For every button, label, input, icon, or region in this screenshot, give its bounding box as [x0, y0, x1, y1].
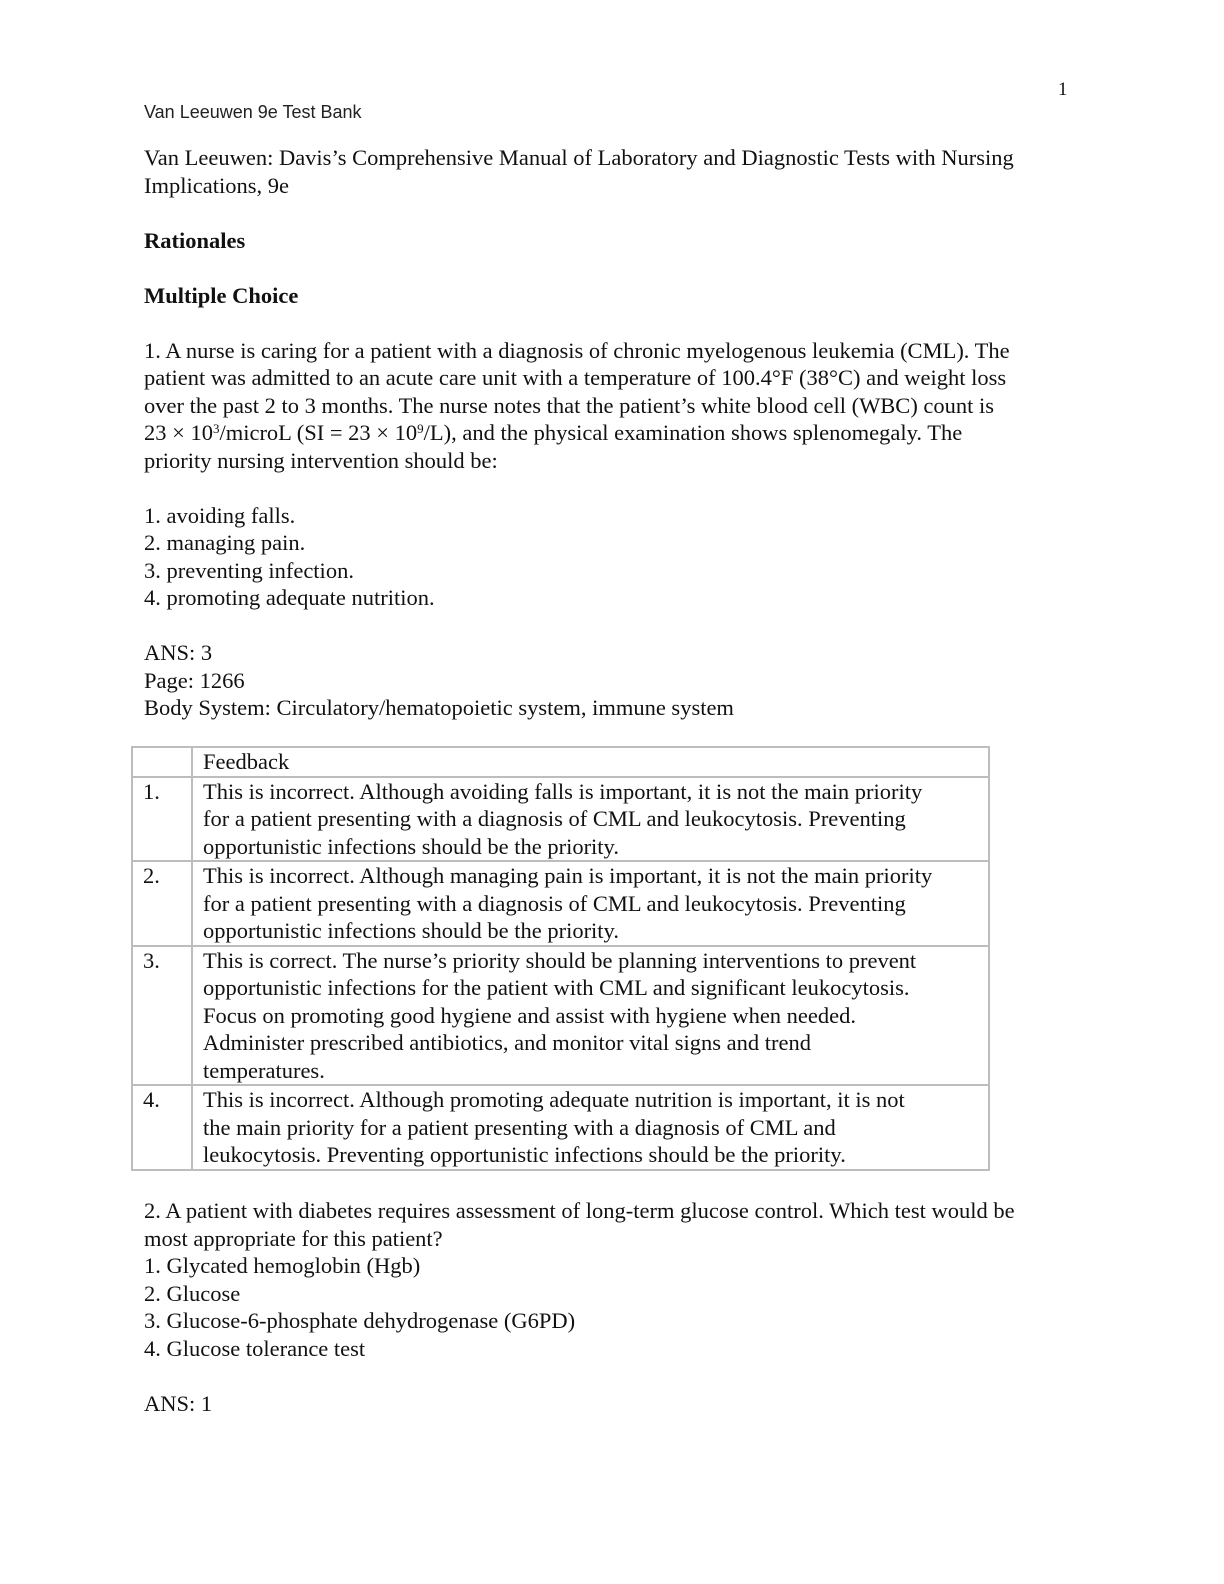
question-stem-line: patient was admitted to an acute care un… — [144, 364, 1084, 392]
answer-key: ANS: 1 — [144, 1390, 1084, 1418]
document-title-line-1: Van Leeuwen: Davis’s Comprehensive Manua… — [144, 144, 1084, 172]
question-1-options: 1. avoiding falls. 2. managing pain. 3. … — [144, 502, 1084, 612]
feedback-line: This is incorrect. Although managing pai… — [203, 862, 982, 890]
answer-option: 2. managing pain. — [144, 529, 1084, 557]
feedback-number: 1. — [132, 777, 192, 862]
feedback-header-row: Feedback — [132, 747, 989, 777]
answer-option: 4. Glucose tolerance test — [144, 1335, 1084, 1363]
feedback-line: temperatures. — [203, 1057, 982, 1085]
feedback-row: 4. This is incorrect. Although promoting… — [132, 1085, 989, 1170]
feedback-row: 3. This is correct. The nurse’s priority… — [132, 946, 989, 1086]
subsection-heading: Multiple Choice — [144, 282, 1084, 310]
question-stem-line: 23 × 103/microL (SI = 23 × 109/L), and t… — [144, 419, 1084, 447]
feedback-line: This is incorrect. Although avoiding fal… — [203, 778, 982, 806]
answer-option: 1. avoiding falls. — [144, 502, 1084, 530]
feedback-line: for a patient presenting with a diagnosi… — [203, 805, 982, 833]
running-header: Van Leeuwen 9e Test Bank — [144, 102, 362, 123]
feedback-table: Feedback 1. This is incorrect. Although … — [131, 746, 990, 1171]
stem-text: 23 × 10 — [144, 420, 213, 445]
question-stem-line: over the past 2 to 3 months. The nurse n… — [144, 392, 1084, 420]
answer-option: 4. promoting adequate nutrition. — [144, 584, 1084, 612]
feedback-row: 1. This is incorrect. Although avoiding … — [132, 777, 989, 862]
answer-option: 3. Glucose-6-phosphate dehydrogenase (G6… — [144, 1307, 1084, 1335]
feedback-number: 2. — [132, 861, 192, 946]
feedback-text: This is incorrect. Although managing pai… — [192, 861, 989, 946]
feedback-line: Focus on promoting good hygiene and assi… — [203, 1002, 982, 1030]
feedback-number: 4. — [132, 1085, 192, 1170]
feedback-line: for a patient presenting with a diagnosi… — [203, 890, 982, 918]
answer-option: 3. preventing infection. — [144, 557, 1084, 585]
feedback-text: This is incorrect. Although avoiding fal… — [192, 777, 989, 862]
question-1-section: Van Leeuwen: Davis’s Comprehensive Manua… — [144, 144, 1084, 722]
question-1-stem: 1. A nurse is caring for a patient with … — [144, 337, 1084, 475]
feedback-row: 2. This is incorrect. Although managing … — [132, 861, 989, 946]
feedback-line: the main priority for a patient presenti… — [203, 1114, 982, 1142]
answer-key: ANS: 3 — [144, 639, 1084, 667]
feedback-header-number — [132, 747, 192, 777]
question-stem-line: priority nursing intervention should be: — [144, 447, 1084, 475]
page-reference: Page: 1266 — [144, 667, 1084, 695]
feedback-line: leukocytosis. Preventing opportunistic i… — [203, 1141, 982, 1169]
stem-text: /microL (SI = 23 × 10 — [219, 420, 417, 445]
feedback-number: 3. — [132, 946, 192, 1086]
feedback-header-label: Feedback — [192, 747, 989, 777]
question-2-section: 2. A patient with diabetes requires asse… — [144, 1197, 1084, 1417]
feedback-line: Administer prescribed antibiotics, and m… — [203, 1029, 982, 1057]
body-system: Body System: Circulatory/hematopoietic s… — [144, 694, 1084, 722]
document-title-line-2: Implications, 9e — [144, 172, 1084, 200]
feedback-line: opportunistic infections should be the p… — [203, 833, 982, 861]
feedback-line: opportunistic infections should be the p… — [203, 917, 982, 945]
answer-option: 1. Glycated hemoglobin (Hgb) — [144, 1252, 1084, 1280]
answer-option: 2. Glucose — [144, 1280, 1084, 1308]
feedback-text: This is incorrect. Although promoting ad… — [192, 1085, 989, 1170]
feedback-line: This is correct. The nurse’s priority sh… — [203, 947, 982, 975]
feedback-line: opportunistic infections for the patient… — [203, 974, 982, 1002]
stem-text: /L), and the physical examination shows … — [424, 420, 963, 445]
question-stem-line: 2. A patient with diabetes requires asse… — [144, 1197, 1084, 1225]
section-heading: Rationales — [144, 227, 1084, 255]
feedback-line: This is incorrect. Although promoting ad… — [203, 1086, 982, 1114]
question-stem-line: most appropriate for this patient? — [144, 1225, 1084, 1253]
question-stem-line: 1. A nurse is caring for a patient with … — [144, 337, 1084, 365]
feedback-text: This is correct. The nurse’s priority sh… — [192, 946, 989, 1086]
page-number: 1 — [1058, 76, 1068, 104]
